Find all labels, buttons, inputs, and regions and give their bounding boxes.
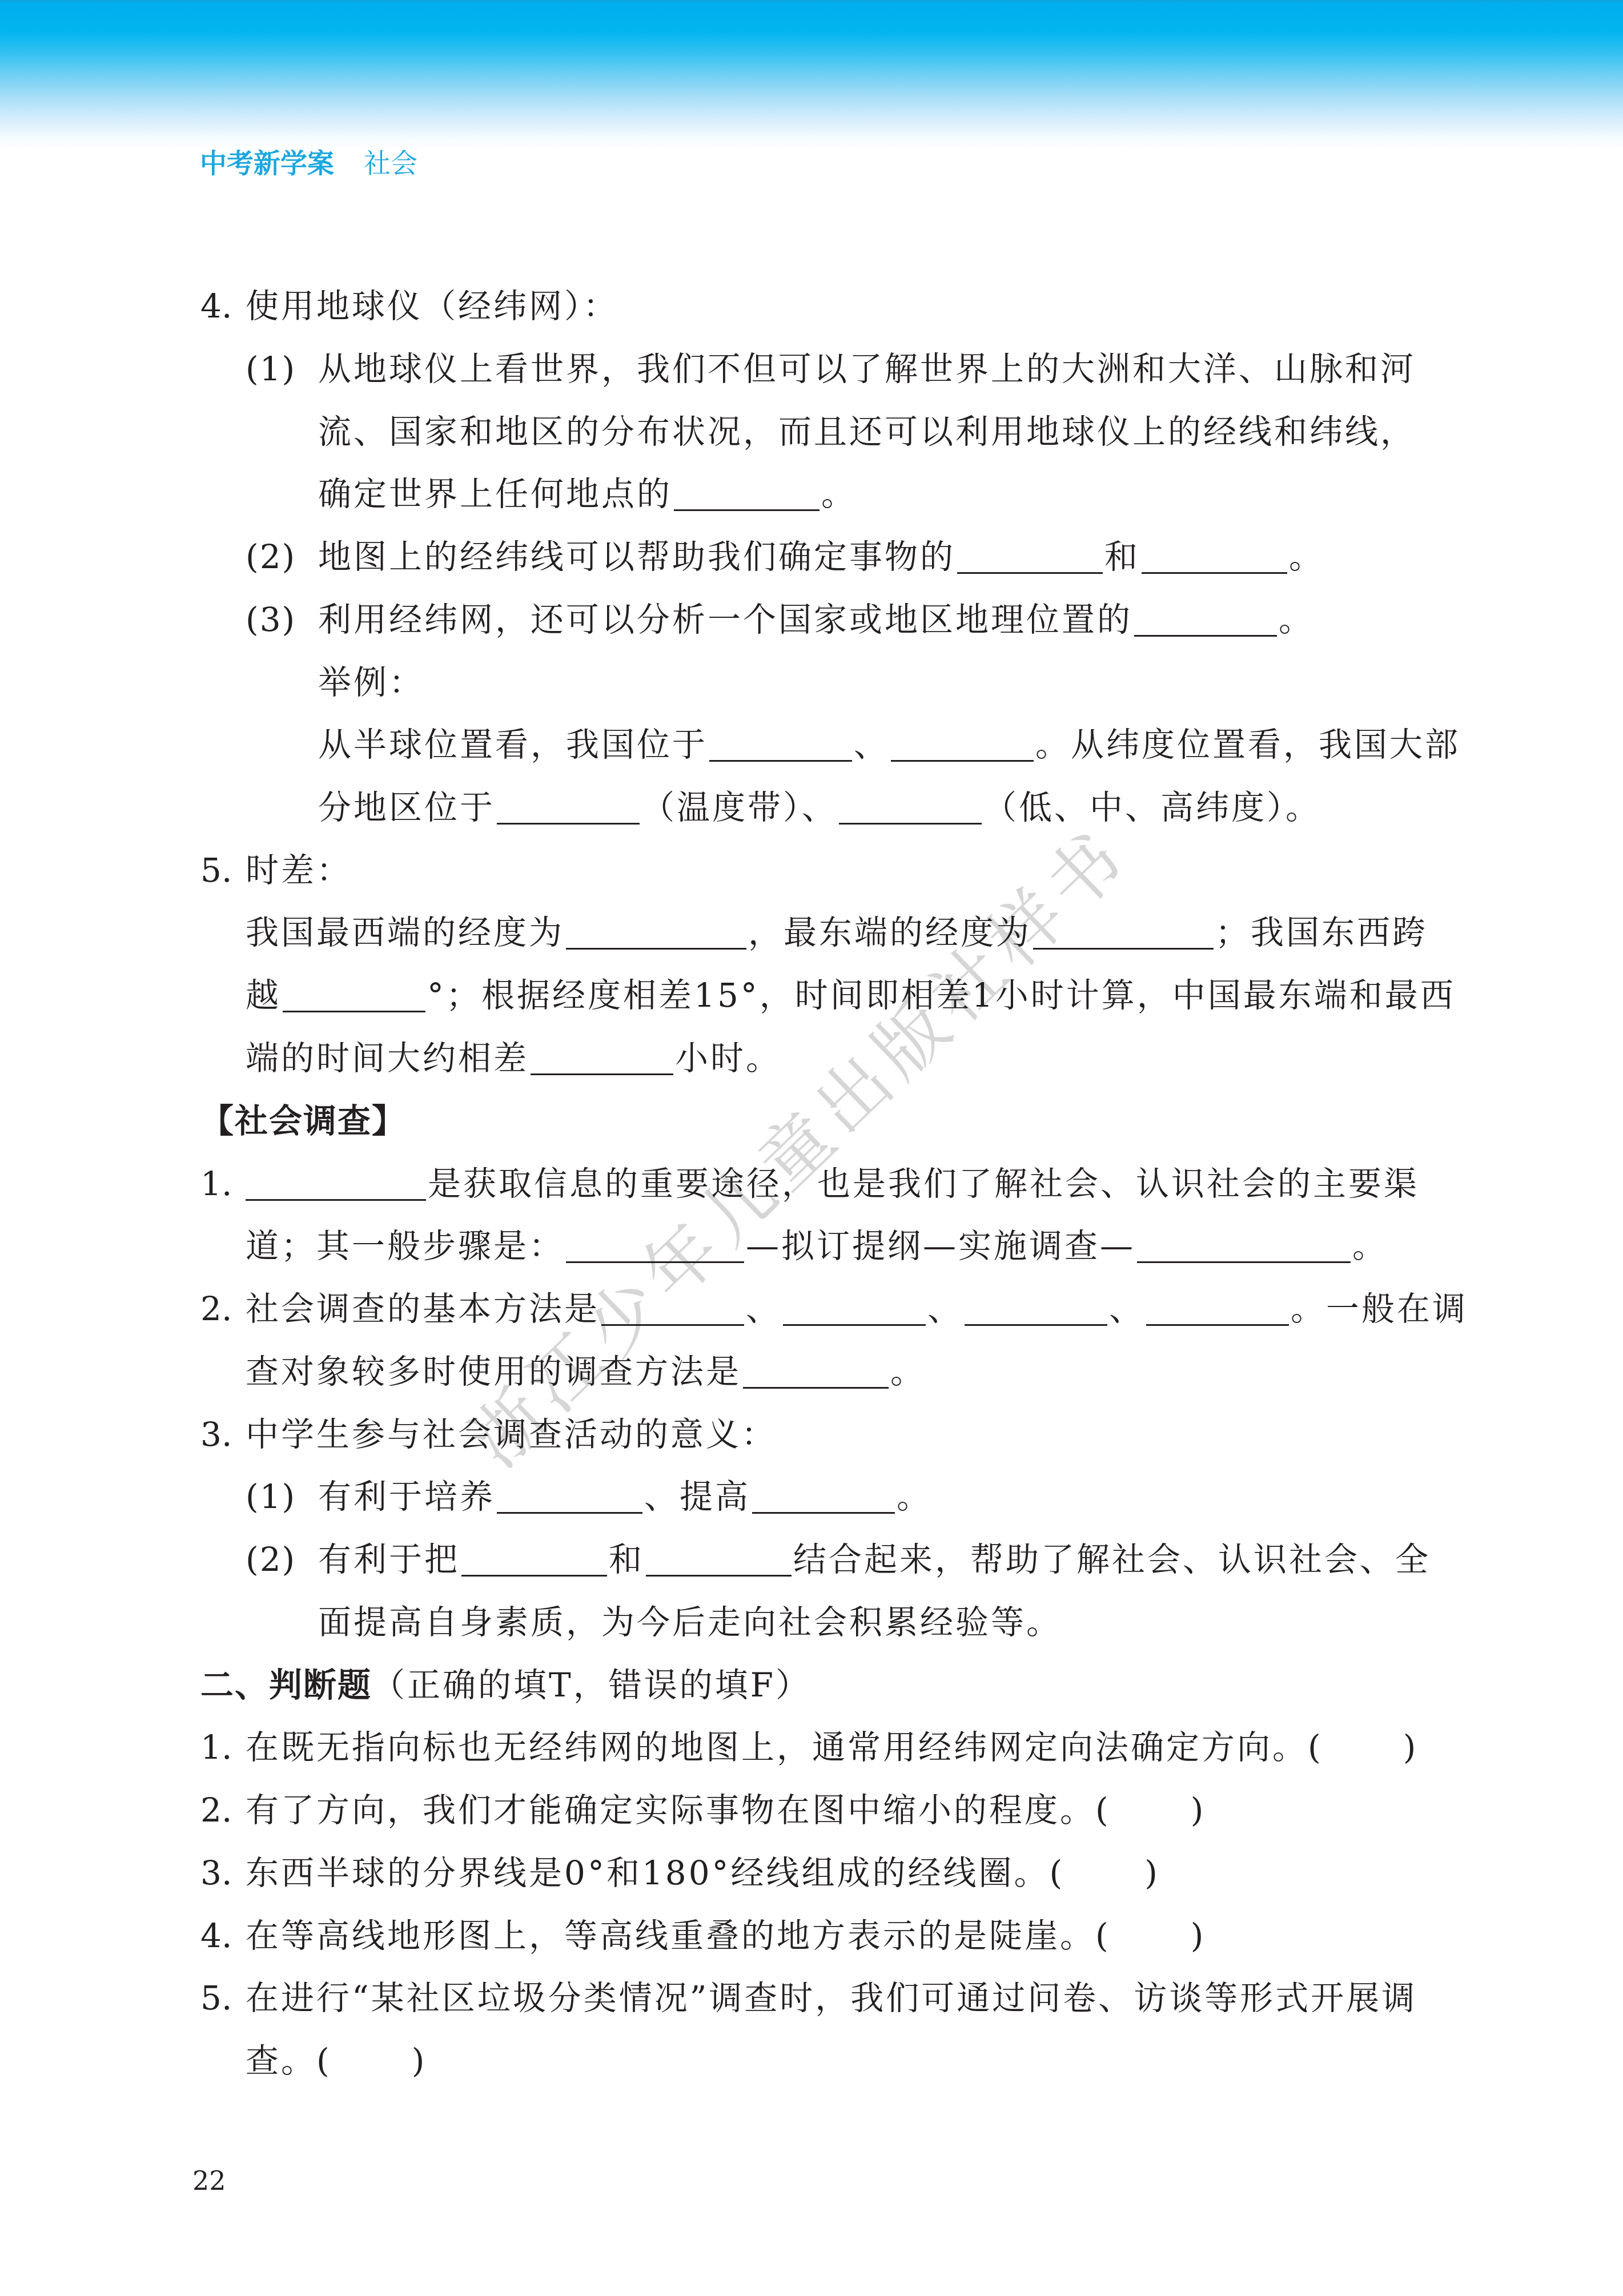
q4-p2-line: (2)地图上的经纬线可以帮助我们确定事物的和。 — [246, 525, 1324, 588]
answer-blank — [1033, 948, 1214, 950]
sub-item-label: (1) — [246, 1465, 318, 1528]
statement-text: 有了方向，我们才能确定实际事物在图中缩小的程度。 — [246, 1791, 1095, 1829]
q4-p3-line: (3)利用经纬网，还可以分析一个国家或地区地理位置的。 — [246, 588, 1314, 651]
question-number: 1. — [200, 1716, 246, 1779]
text: 利用经纬网，还可以分析一个国家或地区地理位置的 — [318, 600, 1132, 639]
q4-title-line: 4.使用地球仪（经纬网）： — [200, 275, 618, 337]
question-number: 4. — [200, 1904, 246, 1967]
text: 、 — [1109, 1289, 1144, 1328]
answer-blank — [1137, 1261, 1351, 1263]
text: 从地球仪上看世界，我们不但可以了解世界上的大洲和大洋、山脉和河 — [318, 349, 1416, 388]
question-title: 时差： — [246, 851, 352, 890]
text: 、 — [746, 1289, 781, 1328]
q5-line3: 端的时间大约相差小时。 — [246, 1027, 781, 1089]
section-heading-judgement: 二、判断题（正确的填T，错误的填F） — [200, 1654, 811, 1716]
question-number: 1. — [200, 1152, 246, 1215]
heading-instruction: （正确的填T，错误的填F） — [372, 1666, 811, 1704]
q4-example-label: 举例： — [318, 651, 424, 714]
statement-text: 查。 — [246, 2041, 316, 2080]
sub-item-label: (1) — [246, 337, 318, 400]
sub-item-label: (2) — [246, 1528, 318, 1591]
text: 。 — [897, 1477, 932, 1516]
q5-line1: 我国最西端的经度为，最东端的经度为；我国东西跨 — [246, 901, 1428, 964]
answer-blank — [283, 1011, 425, 1012]
text: 举例： — [318, 663, 424, 702]
text: —拟订提纲—实施调查— — [746, 1227, 1135, 1265]
text: 流、国家和地区的分布状况，而且还可以利用地球仪上的经线和纬线， — [318, 412, 1416, 451]
text: 面提高自身素质，为今后走向社会积累经验等。 — [318, 1603, 1062, 1642]
statement-text: 东西半球的分界线是0°和180°经线组成的经线圈。 — [246, 1853, 1050, 1892]
answer-blank — [601, 1324, 744, 1326]
answer-blank — [497, 823, 640, 825]
judgement-item: 5.在进行“某社区垃圾分类情况”调查时，我们可通过问卷、访谈等形式开展调 — [200, 1967, 1417, 2029]
q4-p1-line2: 流、国家和地区的分布状况，而且还可以利用地球仪上的经线和纬线， — [318, 400, 1416, 463]
book-series-title: 中考新学案 — [200, 148, 334, 179]
q4-example-line1: 从半球位置看，我国位于、。从纬度位置看，我国大部 — [318, 713, 1460, 776]
judgement-item: 4.在等高线地形图上，等高线重叠的地方表示的是陡崖。() — [200, 1904, 1206, 1967]
text: 是获取信息的重要途径，也是我们了解社会、认识社会的主要渠 — [428, 1164, 1419, 1203]
question-number: 3. — [200, 1403, 246, 1466]
text: 确定世界上任何地点的 — [318, 475, 672, 513]
text: （温度带）、 — [641, 788, 837, 827]
text: 、提高 — [644, 1477, 750, 1516]
text: 、 — [927, 1289, 963, 1328]
survey-q2-line1: 2.社会调查的基本方法是、、、。一般在调 — [200, 1277, 1468, 1340]
question-number: 2. — [200, 1779, 246, 1841]
text: 。 — [1279, 600, 1314, 639]
answer-blank — [461, 1575, 607, 1577]
judgement-item: 3.东西半球的分界线是0°和180°经线组成的经线圈。() — [200, 1841, 1160, 1904]
text: 。 — [890, 1352, 926, 1391]
text: 从半球位置看，我国位于 — [318, 725, 708, 764]
answer-blank — [783, 1324, 926, 1326]
paren-open: ( — [1095, 1791, 1111, 1829]
paren-open: ( — [1050, 1853, 1065, 1892]
question-number: 5. — [200, 839, 246, 902]
answer-blank — [531, 1073, 673, 1075]
text: 有利于把 — [318, 1540, 460, 1579]
paren-close: ) — [1191, 1916, 1206, 1955]
question-number: 4. — [200, 275, 246, 337]
answer-blank — [957, 572, 1103, 574]
sub-item-label: (2) — [246, 525, 318, 588]
paren-open: ( — [1095, 1916, 1111, 1955]
survey-q3-title-line: 3.中学生参与社会调查活动的意义： — [200, 1403, 777, 1466]
question-title: 使用地球仪（经纬网）： — [246, 287, 618, 325]
subject-label: 社会 — [364, 148, 417, 179]
q4-p1-line3: 确定世界上任何地点的。 — [318, 463, 857, 525]
q4-p1-line1: (1)从地球仪上看世界，我们不但可以了解世界上的大洲和大洋、山脉和河 — [246, 337, 1416, 400]
text: ；我国东西跨 — [1215, 913, 1428, 952]
text: 分地区位于 — [318, 788, 495, 827]
answer-blank — [891, 760, 1034, 762]
judgement-item-continuation: 查。() — [246, 2029, 427, 2092]
text: 端的时间大约相差 — [246, 1039, 529, 1077]
text: 有利于培养 — [318, 1477, 495, 1516]
survey-q2-line2: 查对象较多时使用的调查方法是。 — [246, 1340, 926, 1403]
answer-blank — [566, 948, 746, 950]
answer-blank — [965, 1324, 1107, 1326]
text: 查对象较多时使用的调查方法是 — [246, 1352, 741, 1391]
q4-example-line2: 分地区位于（温度带）、（低、中、高纬度）。 — [318, 776, 1321, 839]
text: 地图上的经纬线可以帮助我们确定事物的 — [318, 537, 955, 576]
paren-open: ( — [316, 2041, 332, 2080]
text: 。一般在调 — [1291, 1289, 1468, 1328]
text: 。 — [821, 475, 857, 513]
text: 。 — [1352, 1227, 1388, 1265]
section-heading-social-survey: 【社会调查】 — [200, 1089, 406, 1152]
header-gradient-band — [0, 0, 1623, 150]
text: 。 — [1289, 537, 1324, 576]
survey-q1-line1: 1.是获取信息的重要途径，也是我们了解社会、认识社会的主要渠 — [200, 1152, 1419, 1215]
answer-blank — [674, 509, 819, 511]
text: 社会调查的基本方法是 — [246, 1289, 600, 1328]
answer-paren: () — [1095, 1916, 1206, 1955]
question-number: 5. — [200, 1967, 246, 2029]
text: （低、中、高纬度）。 — [983, 788, 1321, 827]
statement-text: 在既无指向标也无经纬网的地图上，通常用经纬网定向法确定方向。 — [246, 1728, 1308, 1767]
answer-blank — [709, 760, 852, 762]
survey-q3-p2-line2: 面提高自身素质，为今后走向社会积累经验等。 — [318, 1591, 1062, 1654]
survey-q3-p1-line: (1)有利于培养、提高。 — [246, 1465, 932, 1528]
survey-q3-p2-line1: (2)有利于把和结合起来，帮助了解社会、认识社会、全 — [246, 1528, 1431, 1591]
text: 道；其一般步骤是： — [246, 1227, 564, 1265]
text: °；根据经度相差15°，时间即相差1小时计算，中国最东端和最西 — [427, 976, 1456, 1015]
paren-close: ) — [1191, 1791, 1206, 1829]
answer-blank — [566, 1261, 744, 1263]
answer-blank — [1146, 1324, 1289, 1326]
running-header: 中考新学案社会 — [200, 147, 417, 181]
answer-paren: () — [1308, 1728, 1418, 1767]
page-number: 22 — [192, 2166, 226, 2195]
text: 、 — [854, 725, 889, 764]
text: 越 — [246, 976, 281, 1015]
judgement-item: 1.在既无指向标也无经纬网的地图上，通常用经纬网定向法确定方向。() — [200, 1716, 1418, 1779]
paren-close: ) — [1144, 1853, 1160, 1892]
answer-blank — [1134, 635, 1277, 637]
answer-blank — [752, 1512, 895, 1514]
text: ，最东端的经度为 — [748, 913, 1031, 952]
answer-blank — [246, 1199, 426, 1201]
answer-paren: () — [1050, 1853, 1160, 1892]
judgement-item: 2.有了方向，我们才能确定实际事物在图中缩小的程度。() — [200, 1779, 1206, 1841]
statement-text: 在等高线地形图上，等高线重叠的地方表示的是陡崖。 — [246, 1916, 1095, 1955]
paren-close: ) — [412, 2041, 427, 2080]
question-number: 3. — [200, 1841, 246, 1904]
answer-blank — [646, 1575, 792, 1577]
text: 我国最西端的经度为 — [246, 913, 564, 952]
answer-blank — [1142, 572, 1287, 574]
answer-paren: () — [1095, 1791, 1206, 1829]
statement-text: 在进行“某社区垃圾分类情况”调查时，我们可通过问卷、访谈等形式开展调 — [246, 1979, 1417, 2017]
heading-text: 二、判断题 — [200, 1666, 372, 1704]
question-title: 中学生参与社会调查活动的意义： — [246, 1415, 777, 1454]
text: 结合起来，帮助了解社会、认识社会、全 — [793, 1540, 1431, 1579]
text: 和 — [609, 1540, 644, 1579]
answer-paren: () — [316, 2041, 427, 2080]
question-number: 2. — [200, 1277, 246, 1340]
answer-blank — [743, 1387, 889, 1389]
sub-item-label: (3) — [246, 588, 318, 651]
survey-q1-line2: 道；其一般步骤是：—拟订提纲—实施调查—。 — [246, 1215, 1388, 1277]
q5-title-line: 5.时差： — [200, 839, 352, 902]
text: 小时。 — [675, 1039, 781, 1077]
q5-line2: 越°；根据经度相差15°，时间即相差1小时计算，中国最东端和最西 — [246, 964, 1456, 1027]
text: 。从纬度位置看，我国大部 — [1035, 725, 1460, 764]
paren-open: ( — [1308, 1728, 1323, 1767]
answer-blank — [497, 1512, 642, 1514]
paren-close: ) — [1403, 1728, 1419, 1767]
text: 和 — [1104, 537, 1140, 576]
answer-blank — [839, 823, 982, 825]
